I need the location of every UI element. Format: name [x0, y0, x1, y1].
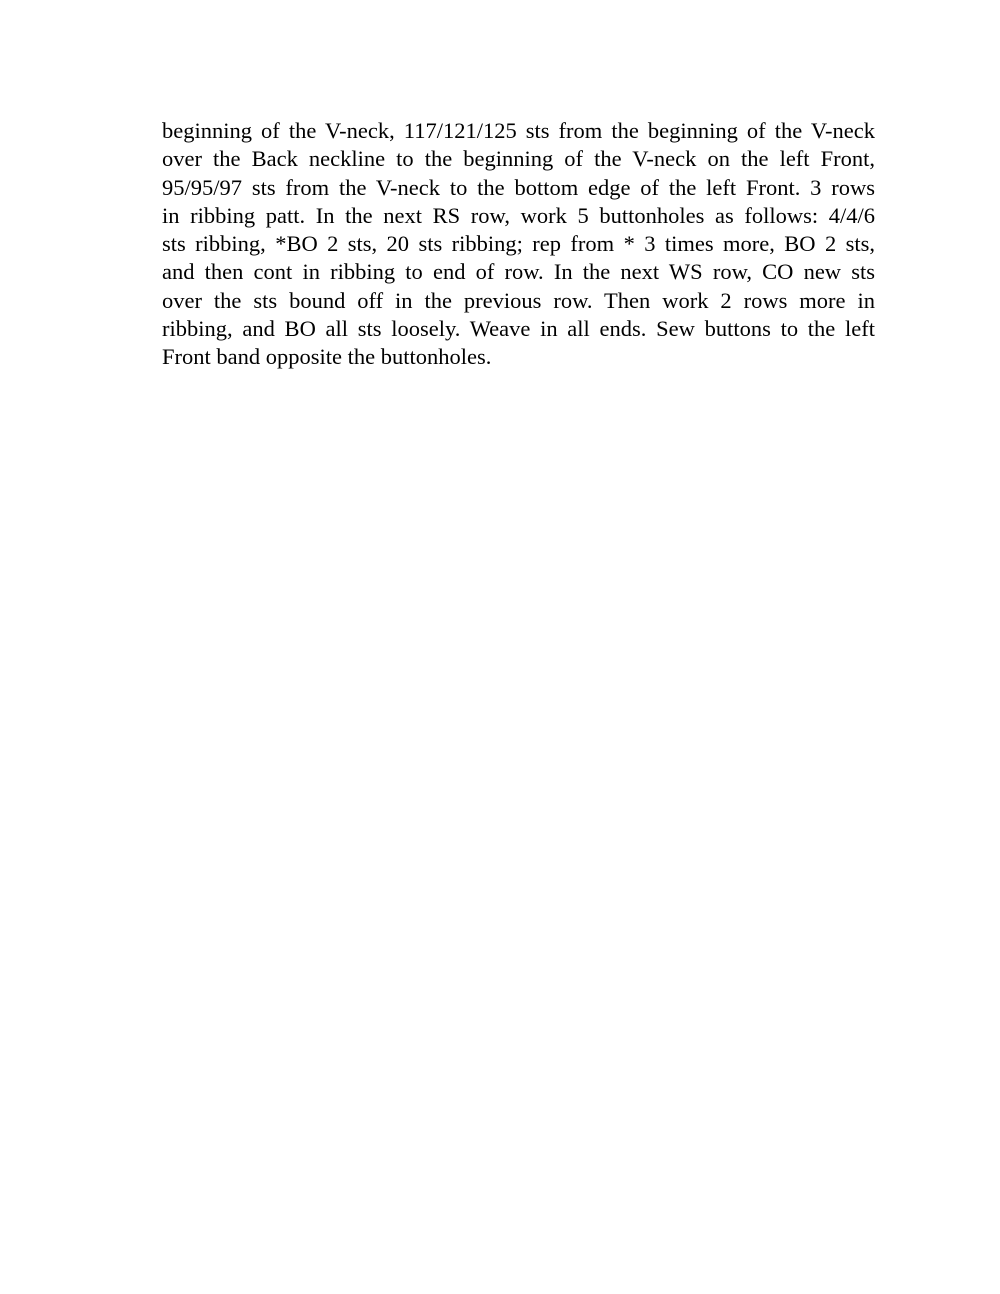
document-page: beginning of the V-neck, 117/121/125 sts… — [0, 0, 1000, 1294]
pattern-instructions-paragraph: beginning of the V-neck, 117/121/125 sts… — [162, 117, 875, 372]
paragraph-line-6: and then cont in ribbing to end of row. … — [162, 258, 875, 286]
paragraph-line-2: over the Back neckline to the beginning … — [162, 145, 875, 173]
paragraph-line-7: over the sts bound off in the previous r… — [162, 287, 875, 315]
paragraph-line-1: beginning of the V-neck, 117/121/125 sts… — [162, 117, 875, 145]
paragraph-line-8: ribbing, and BO all sts loosely. Weave i… — [162, 315, 875, 343]
paragraph-line-4: in ribbing patt. In the next RS row, wor… — [162, 202, 875, 230]
paragraph-line-3: 95/95/97 sts from the V-neck to the bott… — [162, 174, 875, 202]
paragraph-line-9: Front band opposite the buttonholes. — [162, 343, 875, 371]
paragraph-line-5: sts ribbing, *BO 2 sts, 20 sts ribbing; … — [162, 230, 875, 258]
